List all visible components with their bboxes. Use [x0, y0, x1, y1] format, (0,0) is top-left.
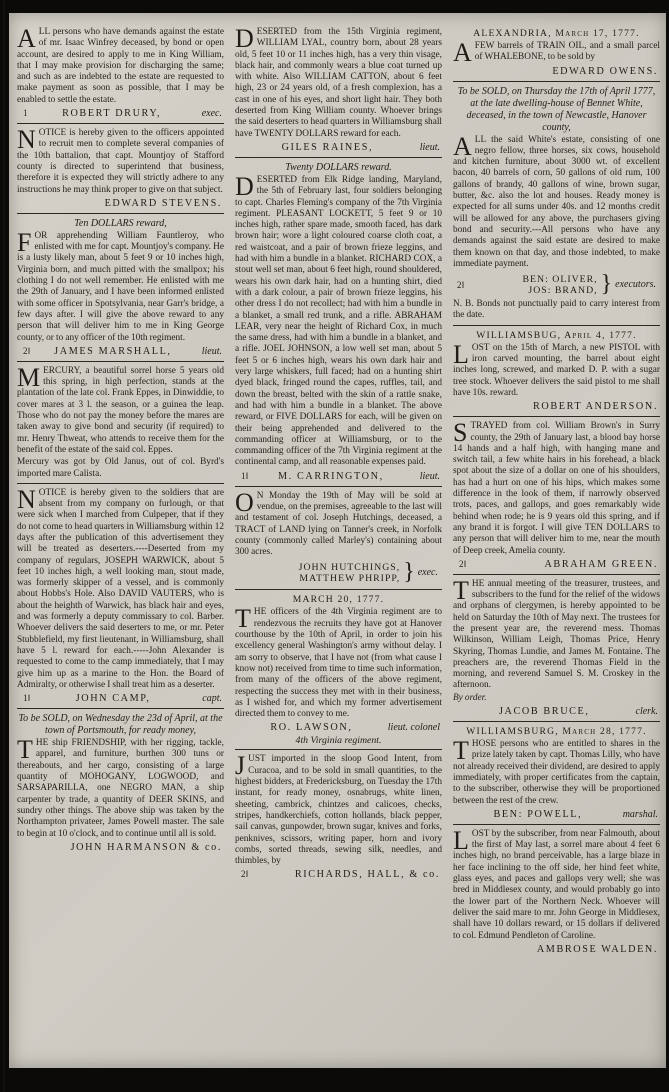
article-paragraph: JUST imported in the sloop Good Intent, …	[235, 754, 442, 867]
by-order-line: By order.	[453, 693, 660, 704]
column-layout: ALL persons who have demands against the…	[17, 27, 660, 1060]
signature-line: JOHN HARMANSON & co.	[23, 841, 222, 854]
article-paragraph: LOST on the 15th of March, a new PISTOL …	[453, 343, 660, 399]
article-paragraph: ALL the said White's estate, consisting …	[453, 135, 660, 271]
article-divider	[17, 123, 224, 124]
article-paragraph: LOST by the subscriber, from near Falmou…	[453, 829, 660, 942]
signature-mark: 1‖	[23, 692, 30, 705]
article-divider	[453, 325, 660, 326]
signature-name: JOS: BRAND,	[523, 285, 598, 296]
signature-line: JACOB BRUCE,clerk.	[459, 705, 658, 718]
signature-line-2: 4th Virginia regiment.	[235, 735, 442, 746]
article-divider	[17, 483, 224, 484]
article-heading: Twenty DOLLARS reward.	[235, 162, 442, 174]
article: ALEXANDRIA, March 17, 1777.A FEW barrels…	[453, 28, 660, 78]
article-paragraph: FOR apprehending William Fauntleroy, who…	[17, 231, 224, 344]
signature-role: lieut.	[420, 470, 440, 483]
article-paragraph: A FEW barrels of TRAIN OIL, and a small …	[453, 41, 660, 64]
scan-edge-line	[3, 0, 5, 1092]
signature-name: BEN: POWELL,	[459, 808, 617, 821]
signature-names: BEN: OLIVER,JOS: BRAND,	[523, 274, 598, 296]
signature-mark: 2‖	[459, 558, 466, 571]
signature-line: 2‖JAMES MARSHALL,lieut.	[23, 345, 222, 358]
signature-name: JOHN CAMP,	[30, 692, 196, 705]
article-divider	[235, 589, 442, 590]
article-paragraph: MERCURY, a beautiful sorrel horse 5 year…	[17, 366, 224, 456]
article: MERCURY, a beautiful sorrel horse 5 year…	[17, 366, 224, 480]
signature-name: MATTHEW PHRIPP,	[299, 573, 401, 584]
article-divider	[453, 721, 660, 722]
article: NOTICE is hereby given to the soldiers t…	[17, 488, 224, 705]
newspaper-scan: ALL persons who have demands against the…	[0, 0, 669, 1092]
article-paragraph: ON Monday the 19th of May will be sold a…	[235, 491, 442, 559]
signature-role: exec.	[418, 567, 438, 578]
column-2: DESERTED from the 15th Virginia regiment…	[235, 27, 442, 1061]
signature-name: RICHARDS, HALL, & co.	[295, 868, 440, 881]
signature-role: marshal.	[623, 808, 658, 821]
signature-line: ROBERT ANDERSON.	[459, 400, 658, 413]
signature-line: 1‖JOHN CAMP,capt.	[23, 692, 222, 705]
article-dateline: WILLIAMSBURG, March 28, 1777.	[453, 726, 660, 738]
article-paragraph: DESERTED from the 15th Virginia regiment…	[235, 27, 442, 140]
article-heading: To be SOLD, on Thursday the 17th of Apri…	[453, 86, 660, 134]
signature-role: capt.	[202, 692, 222, 705]
article-heading: Ten DOLLARS reward,	[17, 218, 224, 230]
signature-name: BEN: OLIVER,	[523, 274, 598, 285]
article-divider	[17, 361, 224, 362]
article: WILLIAMSBUG, April 4, 1777.LOST on the 1…	[453, 330, 660, 413]
signature-name: ABRAHAM GREEN.	[544, 558, 658, 571]
signature-role: lieut.	[202, 345, 222, 358]
newspaper-page: ALL persons who have demands against the…	[9, 13, 666, 1068]
signature-line: 2‖ABRAHAM GREEN.	[459, 558, 658, 571]
article-divider	[453, 416, 660, 417]
signature-line: 1ROBERT DRURY,exec.	[23, 107, 222, 120]
signature-line: BEN: POWELL,marshal.	[459, 808, 658, 821]
signature-role: lieut.	[420, 141, 440, 154]
signature-mark: 2‖	[457, 280, 464, 290]
signature-name: GILES RAINES,	[241, 141, 414, 154]
signature-mark: 2‖	[241, 868, 248, 881]
brace-glyph: }	[601, 271, 613, 298]
signature-name: ROBERT ANDERSON.	[533, 400, 658, 413]
article-dateline: MARCH 20, 1777.	[235, 594, 442, 606]
signature-line: GILES RAINES,lieut.	[241, 141, 440, 154]
signature-line: RO. LAWSON,lieut. colonel	[241, 721, 440, 734]
article: DESERTED from the 15th Virginia regiment…	[235, 27, 442, 154]
article: Twenty DOLLARS reward.DESERTED from Elk …	[235, 162, 442, 483]
column-3: ALEXANDRIA, March 17, 1777.A FEW barrels…	[453, 27, 660, 1061]
signature-role: executors.	[615, 279, 656, 290]
article: NOTICE is hereby given to the officers a…	[17, 128, 224, 210]
signature-name: RO. LAWSON,	[241, 721, 382, 734]
article-paragraph: THE officers of the 4th Virginia regimen…	[235, 607, 442, 720]
article-dateline: WILLIAMSBUG, April 4, 1777.	[453, 330, 660, 342]
signature-role: exec.	[202, 107, 222, 120]
article: MARCH 20, 1777.THE officers of the 4th V…	[235, 594, 442, 746]
signature-role: clerk.	[636, 705, 659, 718]
article: ON Monday the 19th of May will be sold a…	[235, 491, 442, 587]
signature-name: AMBROSE WALDEN.	[537, 943, 658, 956]
article: LOST by the subscriber, from near Falmou…	[453, 829, 660, 956]
signature-role: lieut. colonel	[388, 721, 440, 734]
signature-bracket: 2‖BEN: OLIVER,JOS: BRAND,}executors.	[457, 271, 656, 298]
signature-mark: 2‖	[23, 345, 30, 358]
signature-line: 1‖M. CARRINGTON,lieut.	[241, 470, 440, 483]
signature-bracket: JOHN HUTCHINGS,MATTHEW PHRIPP,}exec.	[239, 559, 438, 586]
article-divider	[17, 213, 224, 214]
signature-mark: 1‖	[241, 470, 248, 483]
article: WILLIAMSBURG, March 28, 1777.THOSE perso…	[453, 726, 660, 821]
article-dateline: ALEXANDRIA, March 17, 1777.	[453, 28, 660, 40]
article-heading: To be SOLD, on Wednesday the 23d of Apri…	[17, 713, 224, 737]
article-paragraph: NOTICE is hereby given to the officers a…	[17, 128, 224, 196]
brace-glyph: }	[403, 559, 415, 586]
signature-name: M. CARRINGTON,	[248, 470, 414, 483]
signature-name: JAMES MARSHALL,	[30, 345, 196, 358]
article-paragraph: STRAYED from col. William Brown's in Sur…	[453, 421, 660, 557]
article-paragraph: Mercury was got by Old Janus, out of col…	[17, 457, 224, 480]
signature-name: JACOB BRUCE,	[459, 705, 630, 718]
article: ALL persons who have demands against the…	[17, 27, 224, 120]
article-paragraph: N. B. Bonds not punctually paid to carry…	[453, 299, 660, 322]
signature-name: ROBERT DRURY,	[28, 107, 196, 120]
signature-line: AMBROSE WALDEN.	[459, 943, 658, 956]
signature-name: EDWARD STEVENS.	[105, 197, 222, 210]
column-1: ALL persons who have demands against the…	[17, 27, 224, 1061]
signature-name: EDWARD OWENS.	[552, 65, 658, 78]
article: JUST imported in the sloop Good Intent, …	[235, 754, 442, 881]
article-paragraph: DESERTED from Elk Ridge landing, Marylan…	[235, 175, 442, 469]
article: To be SOLD, on Thursday the 17th of Apri…	[453, 86, 660, 322]
article: Ten DOLLARS reward,FOR apprehending Will…	[17, 218, 224, 358]
article: THE annual meeting of the treasurer, tru…	[453, 579, 660, 718]
article-divider	[235, 486, 442, 487]
signature-name: JOHN HUTCHINGS,	[299, 562, 401, 573]
article: To be SOLD, on Wednesday the 23d of Apri…	[17, 713, 224, 854]
signature-line: EDWARD OWENS.	[459, 65, 658, 78]
article-divider	[17, 708, 224, 709]
article-paragraph: THOSE persons who are entitled to shares…	[453, 739, 660, 807]
article-paragraph: NOTICE is hereby given to the soldiers t…	[17, 488, 224, 691]
article-divider	[453, 824, 660, 825]
article: STRAYED from col. William Brown's in Sur…	[453, 421, 660, 571]
signature-names: JOHN HUTCHINGS,MATTHEW PHRIPP,	[299, 562, 401, 584]
article-divider	[235, 749, 442, 750]
article-paragraph: THE annual meeting of the treasurer, tru…	[453, 579, 660, 692]
article-divider	[235, 157, 442, 158]
article-paragraph: ALL persons who have demands against the…	[17, 27, 224, 106]
article-divider	[453, 574, 660, 575]
signature-name: JOHN HARMANSON & co.	[71, 841, 222, 854]
article-paragraph: THE ship FRIENDSHIP, with her rigging, t…	[17, 738, 224, 840]
signature-line: EDWARD STEVENS.	[23, 197, 222, 210]
article-divider	[453, 81, 660, 82]
signature-line: 2‖RICHARDS, HALL, & co.	[241, 868, 440, 881]
